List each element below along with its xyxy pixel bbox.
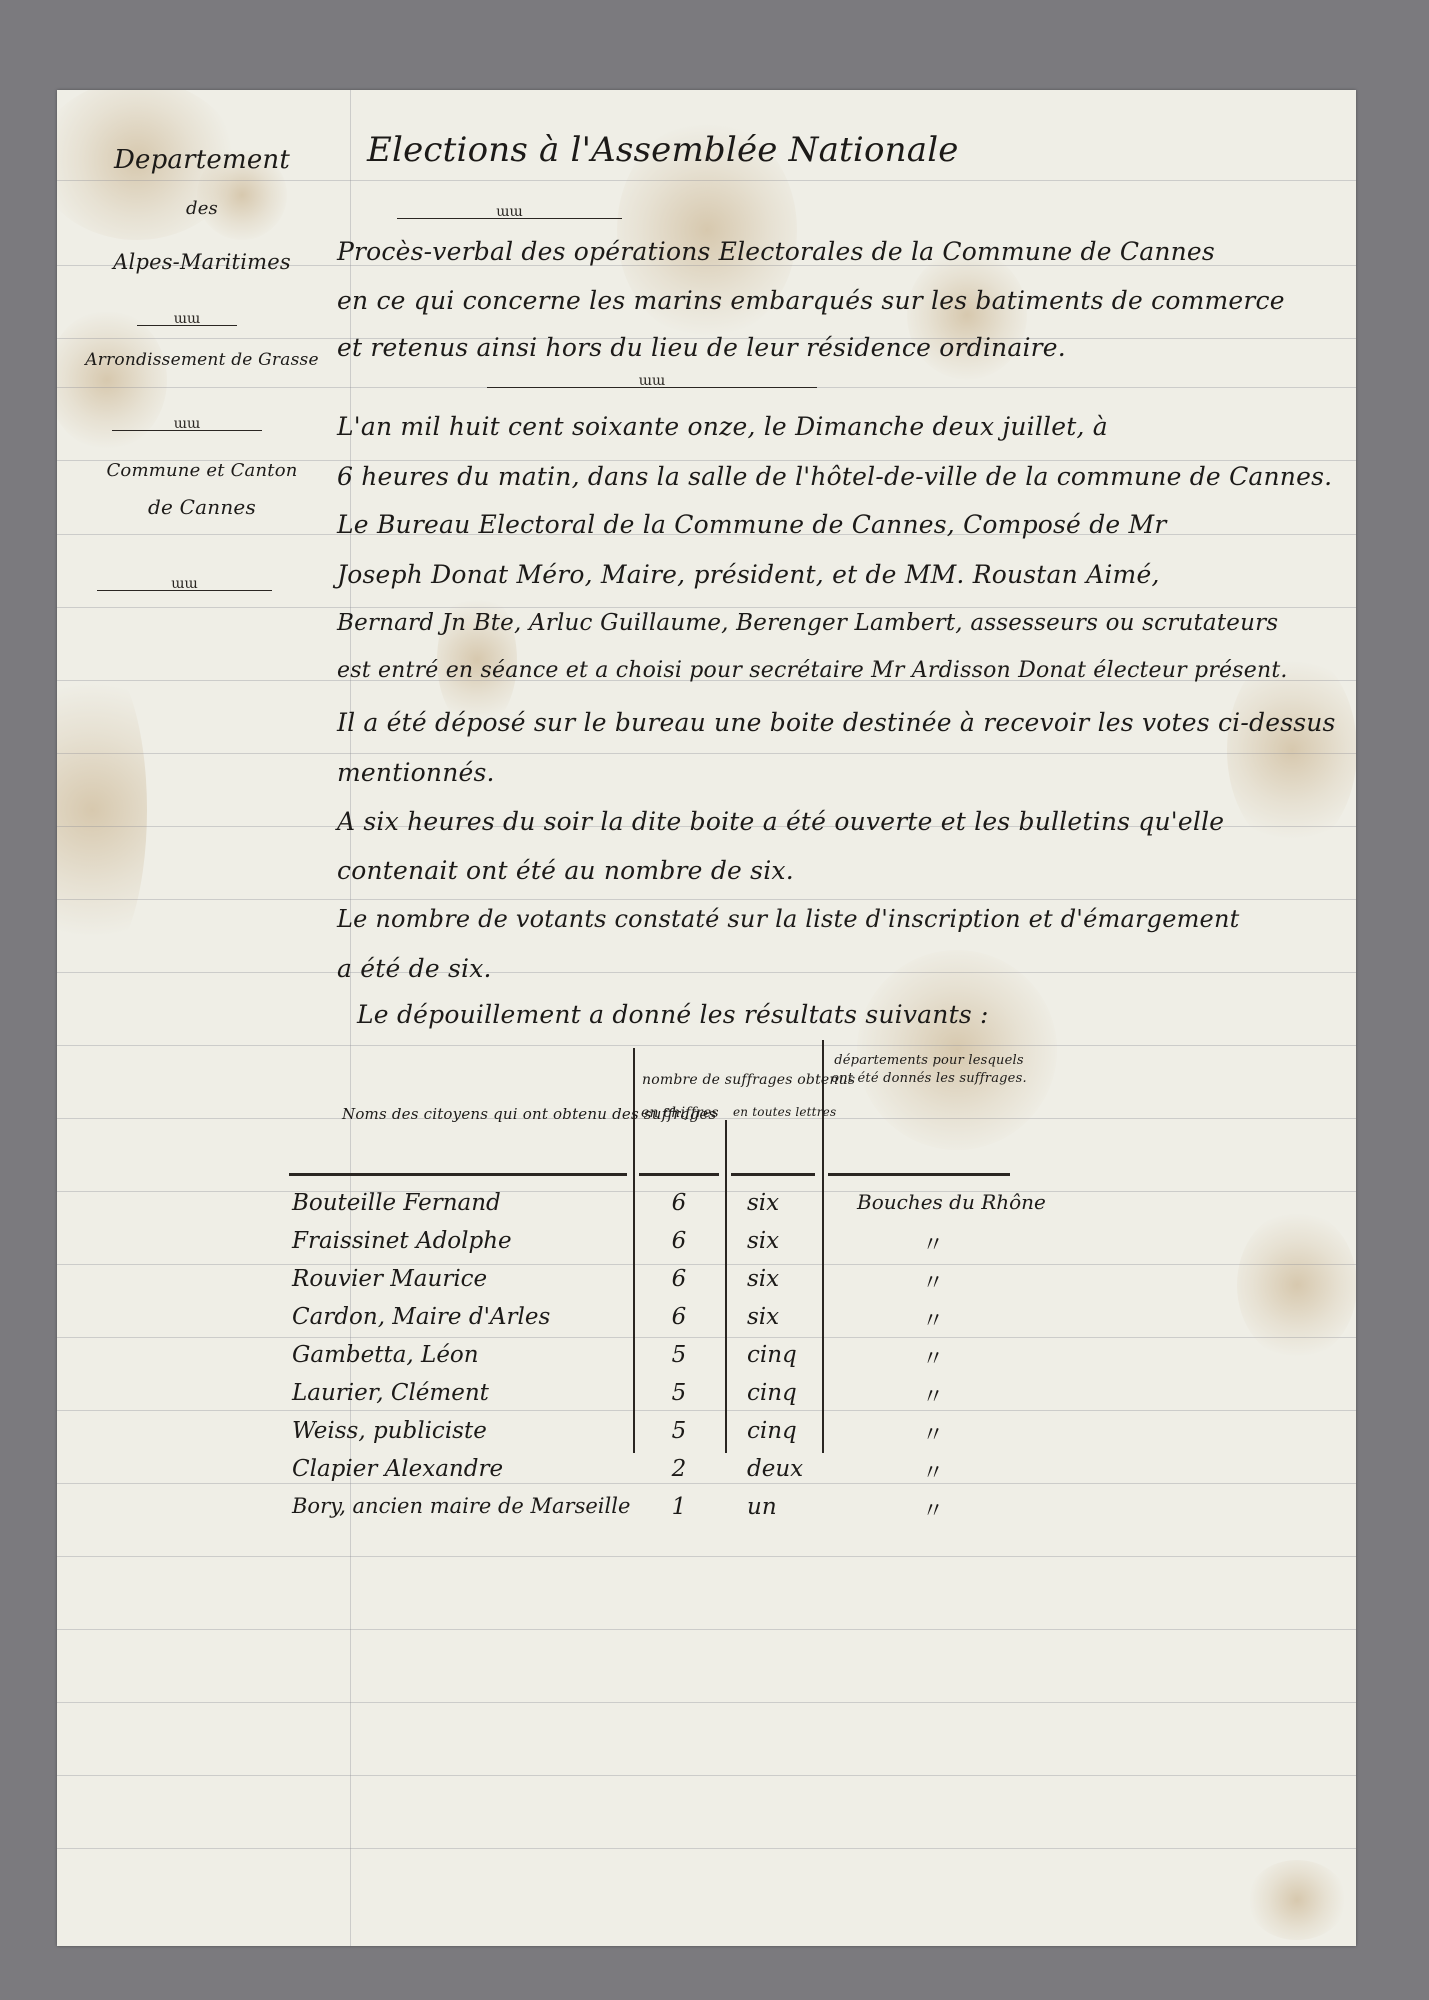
table-column-divider bbox=[822, 1040, 824, 1453]
body-line: contenait ont été au nombre de six. bbox=[337, 856, 794, 885]
commune-label: Commune et Canton bbox=[67, 460, 337, 481]
candidate-name: Weiss, publiciste bbox=[292, 1418, 487, 1444]
votes-words: six bbox=[747, 1190, 779, 1216]
candidate-name: Rouvier Maurice bbox=[292, 1266, 487, 1292]
votes-digits: 6 bbox=[644, 1190, 714, 1216]
votes-digits: 5 bbox=[644, 1418, 714, 1444]
ditto-mark: 〃 bbox=[922, 1456, 944, 1487]
votes-digits: 5 bbox=[644, 1342, 714, 1368]
ditto-mark: 〃 bbox=[922, 1418, 944, 1449]
body-line: mentionnés. bbox=[337, 758, 495, 787]
stain bbox=[1247, 1860, 1347, 1940]
stain bbox=[57, 650, 147, 970]
candidate-name: Clapier Alexandre bbox=[292, 1456, 503, 1482]
candidate-name: Bory, ancien maire de Marseille bbox=[292, 1494, 630, 1518]
separator-flourish bbox=[137, 325, 237, 326]
department-label: Departement bbox=[67, 145, 337, 175]
stain bbox=[57, 310, 167, 450]
ditto-mark: 〃 bbox=[922, 1266, 944, 1297]
votes-digits: 5 bbox=[644, 1380, 714, 1406]
header-votes-group: nombre de suffrages obtenus bbox=[642, 1072, 855, 1088]
manuscript-page: Departement des Alpes-Maritimes Arrondis… bbox=[57, 90, 1356, 1946]
ditto-mark: 〃 bbox=[922, 1304, 944, 1335]
candidate-name: Fraissinet Adolphe bbox=[292, 1228, 512, 1254]
votes-digits: 1 bbox=[644, 1494, 714, 1520]
title-underline-flourish bbox=[397, 218, 622, 219]
votes-words: deux bbox=[747, 1456, 803, 1482]
body-line: L'an mil huit cent soixante onze, le Dim… bbox=[337, 412, 1108, 441]
header-departments: départements pour lesquels ont été donné… bbox=[829, 1052, 1029, 1088]
candidate-name: Cardon, Maire d'Arles bbox=[292, 1304, 550, 1330]
body-line: Joseph Donat Méro, Maire, président, et … bbox=[337, 560, 1160, 589]
separator-flourish bbox=[112, 430, 262, 431]
body-line: en ce qui concerne les marins embarqués … bbox=[337, 286, 1285, 315]
body-line: Procès-verbal des opérations Electorales… bbox=[337, 237, 1215, 266]
table-header-rule bbox=[828, 1173, 1010, 1176]
votes-words: cinq bbox=[747, 1342, 797, 1368]
separator-flourish bbox=[97, 590, 272, 591]
body-line: A six heures du soir la dite boite a été… bbox=[337, 807, 1224, 836]
body-line: 6 heures du matin, dans la salle de l'hô… bbox=[337, 462, 1332, 491]
body-line: Le nombre de votants constaté sur la lis… bbox=[337, 905, 1239, 933]
body-line: Bernard Jn Bte, Arluc Guillaume, Berenge… bbox=[337, 610, 1278, 636]
header-votes-words: en toutes lettres bbox=[733, 1105, 836, 1119]
candidate-name: Laurier, Clément bbox=[292, 1380, 489, 1406]
votes-words: six bbox=[747, 1266, 779, 1292]
votes-digits: 6 bbox=[644, 1304, 714, 1330]
ditto-mark: 〃 bbox=[922, 1380, 944, 1411]
commune-name: de Cannes bbox=[67, 495, 337, 519]
table-header-rule bbox=[289, 1173, 627, 1176]
department-value: Bouches du Rhône bbox=[857, 1190, 1046, 1214]
body-line: et retenus ainsi hors du lieu de leur ré… bbox=[337, 333, 1066, 362]
body-line: Il a été déposé sur le bureau une boite … bbox=[337, 708, 1336, 737]
margin-rule bbox=[350, 90, 351, 1946]
votes-words: un bbox=[747, 1494, 777, 1520]
ditto-mark: 〃 bbox=[922, 1494, 944, 1525]
votes-words: cinq bbox=[747, 1418, 797, 1444]
document-title: Elections à l'Assemblée Nationale bbox=[367, 130, 959, 170]
header-votes-digits: en chiffres bbox=[641, 1105, 719, 1121]
body-line: Le dépouillement a donné les résultats s… bbox=[357, 1000, 989, 1029]
ditto-mark: 〃 bbox=[922, 1342, 944, 1373]
candidate-name: Gambetta, Léon bbox=[292, 1342, 479, 1368]
separator-flourish bbox=[487, 387, 817, 388]
arrondissement: Arrondissement de Grasse bbox=[67, 350, 337, 370]
body-line: Le Bureau Electoral de la Commune de Can… bbox=[337, 510, 1166, 539]
votes-digits: 6 bbox=[644, 1228, 714, 1254]
table-header-rule bbox=[639, 1173, 719, 1176]
ditto-mark: 〃 bbox=[922, 1228, 944, 1259]
candidate-name: Bouteille Fernand bbox=[292, 1190, 501, 1216]
table-header-rule bbox=[731, 1173, 815, 1176]
votes-words: six bbox=[747, 1228, 779, 1254]
department-name: Alpes-Maritimes bbox=[67, 250, 337, 274]
body-line: est entré en séance et a choisi pour sec… bbox=[337, 658, 1288, 683]
department-of: des bbox=[67, 198, 337, 219]
table-column-divider bbox=[725, 1120, 727, 1453]
body-line: a été de six. bbox=[337, 954, 492, 983]
votes-digits: 6 bbox=[644, 1266, 714, 1292]
votes-words: six bbox=[747, 1304, 779, 1330]
votes-words: cinq bbox=[747, 1380, 797, 1406]
votes-digits: 2 bbox=[644, 1456, 714, 1482]
stain bbox=[857, 950, 1057, 1150]
